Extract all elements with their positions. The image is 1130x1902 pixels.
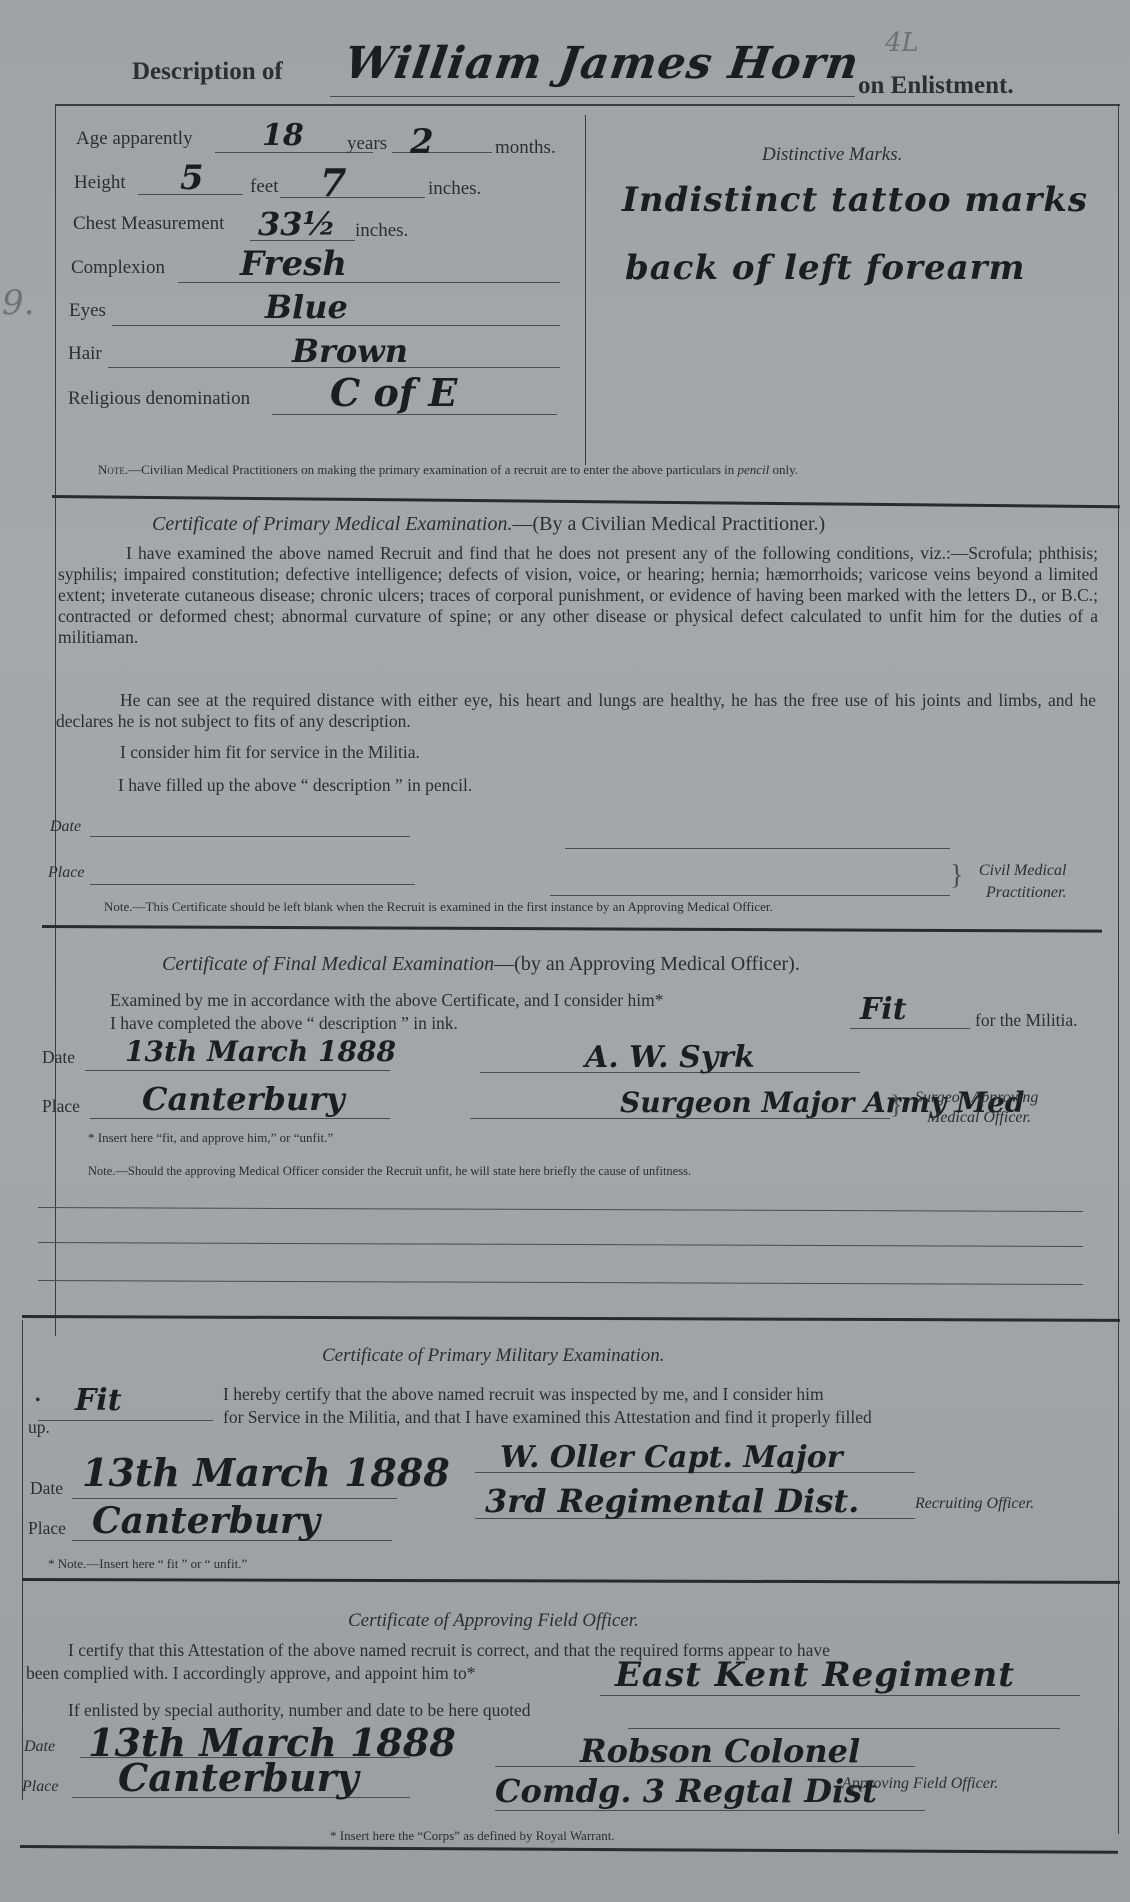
religion-value: C of E [330,370,457,415]
unfit-reason-line2[interactable] [38,1242,1083,1247]
number-annotation: 4L [885,28,919,58]
fm-line2: I have completed the above “ description… [110,1013,458,1034]
pmil-signer: Recruiting Officer. [915,1495,1034,1513]
primary-medical-title-italic: Certificate of Primary Medical Examinati… [152,513,513,535]
margin-mark: 9. [2,283,34,323]
fm-brace: } [890,1090,902,1120]
title-suffix: on Enlistment. [858,72,1014,100]
months-label: months. [495,137,556,159]
pmil-bullet: • [35,1392,41,1410]
distinctive-marks-title: Distinctive Marks. [762,144,902,166]
inches-label: inches. [428,178,481,200]
pm-place-field[interactable] [90,884,415,885]
fm-date-line [85,1070,390,1071]
pmil-date-label: Date [30,1478,63,1499]
fm-signer: Surgeon Approving Medical Officer. [915,1088,1038,1128]
distinctive-marks-line1: Indistinct tattoo marks [622,180,1088,220]
fm-footnote: * Insert here “fit, and approve him,” or… [88,1130,333,1146]
frame-right [1118,104,1119,1834]
fm-line1: Examined by me in accordance with the ab… [110,990,663,1011]
pmil-date-line [72,1498,397,1499]
pm-signer: Civil Medical Practitioner. [978,860,1066,904]
fm-signer-line1: Surgeon Approving [915,1088,1038,1108]
frame-left-lower [22,1320,23,1800]
pmil-fit-line [38,1420,213,1421]
pmil-text-line2: for Service in the Militia, and that I h… [223,1407,872,1428]
hair-value: Brown [292,332,408,370]
chest-value: 33½ [258,205,336,243]
primary-medical-para4: I have filled up the above “ description… [118,775,472,796]
fo-corps-value[interactable]: East Kent Regiment [615,1655,1015,1695]
fm-fit-line [850,1028,970,1029]
fo-place-label: Place [22,1778,58,1796]
pm-place-label: Place [48,864,84,882]
note-end: only. [773,462,799,477]
title-prefix: Description of [132,58,283,86]
primary-medical-para1: I have examined the above named Recruit … [58,543,1098,648]
frame-top [55,104,1120,106]
pm-date-field[interactable] [90,836,410,837]
fo-line2: been complied with. I accordingly approv… [26,1663,476,1684]
complexion-line [178,282,560,283]
primary-medical-title: Certificate of Primary Medical Examinati… [152,513,825,536]
name-underline [330,96,855,97]
fm-place-value[interactable]: Canterbury [142,1080,345,1118]
fo-corps-line [600,1695,1080,1696]
pmil-place-value[interactable]: Canterbury [92,1500,320,1542]
pm-note: Note.—This Certificate should be left bl… [104,899,773,915]
fm-date-value[interactable]: 13th March 1888 [125,1035,396,1068]
field-officer-title: Certificate of Approving Field Officer. [348,1610,639,1632]
eyes-label: Eyes [69,300,106,322]
recruit-name: William James Horn [341,38,862,89]
pmil-text-line1: I hereby certify that the above named re… [223,1384,824,1405]
attestation-form-page: Description of William James Horn 4L on … [0,0,1130,1902]
chest-label: Chest Measurement [73,213,224,235]
fo-footnote: * Insert here the “Corps” as defined by … [330,1828,615,1844]
final-medical-title-rest: —(by an Approving Medical Officer). [494,953,800,975]
unfit-reason-line1[interactable] [38,1207,1083,1212]
fm-place-label: Place [42,1096,80,1117]
fo-signature-unit: Comdg. 3 Regtal Dist [495,1772,877,1810]
note-prefix: Note. [98,462,128,477]
pmil-fit-value[interactable]: Fit [75,1383,122,1418]
pmil-signature: W. Oller Capt. Major [500,1440,843,1475]
pm-brace: } [950,860,963,892]
fo-signature: Robson Colonel [580,1732,860,1770]
pmil-text-line3: up. [28,1417,50,1438]
height-feet-value: 5 [180,158,204,198]
religion-label: Religious denomination [68,388,250,410]
chest-inches-label: inches. [355,220,408,242]
pm-signature-line1[interactable] [565,848,950,849]
complexion-value: Fresh [240,244,347,284]
pmil-place-label: Place [28,1518,66,1539]
fm-note: Note.—Should the approving Medical Offic… [88,1164,691,1179]
pm-signature-line2[interactable] [550,895,950,896]
primary-military-title: Certificate of Primary Military Examinat… [322,1345,664,1367]
section-divider-3 [22,1315,1120,1322]
section-divider-4 [22,1578,1120,1584]
age-years-value: 18 [262,118,304,153]
fm-place-line [90,1118,390,1119]
fo-date-label: Date [24,1738,55,1756]
fo-special-authority-field[interactable] [628,1728,1060,1729]
pm-signer-line2: Practitioner. [978,882,1066,904]
age-label: Age apparently [76,128,193,150]
fm-line1-end: for the Militia. [975,1010,1078,1031]
age-months-value: 2 [410,122,434,162]
pmil-date-value[interactable]: 13th March 1888 [82,1450,450,1495]
age-months-line [392,152,492,153]
fm-fit-value[interactable]: Fit [860,992,907,1027]
note-pencil: pencil [738,462,770,477]
primary-medical-para2: He can see at the required distance with… [56,690,1096,732]
primary-medical-title-rest: —(By a Civilian Medical Practitioner.) [513,513,826,535]
fm-signer-line2: Medical Officer. [915,1108,1038,1128]
fo-unit-line [495,1810,925,1811]
pm-date-label: Date [50,818,81,836]
fo-line3: If enlisted by special authority, number… [68,1700,530,1721]
distinctive-marks-line2: back of left forearm [625,248,1026,288]
note-text: —Civilian Medical Practitioners on makin… [128,462,734,477]
pm-signer-line1: Civil Medical [978,860,1066,882]
complexion-label: Complexion [71,257,165,279]
hair-label: Hair [68,343,102,365]
fm-date-label: Date [42,1047,75,1068]
feet-label: feet [250,176,278,198]
height-inches-value: 7 [320,160,346,205]
fo-place-value[interactable]: Canterbury [118,1755,359,1800]
height-label: Height [74,172,126,194]
section-divider-2 [42,925,1102,933]
final-medical-title: Certificate of Final Medical Examination… [162,953,800,976]
section-divider-1 [52,495,1120,508]
primary-medical-para3: I consider him fit for service in the Mi… [120,742,420,763]
marks-divider [585,115,586,465]
frame-bottom [20,1845,1118,1854]
final-medical-title-italic: Certificate of Final Medical Examination [162,953,494,975]
unfit-reason-line3[interactable] [38,1280,1083,1285]
years-label: years [347,133,387,155]
eyes-value: Blue [265,288,348,326]
pmil-note: * Note.—Insert here “ fit ” or “ unfit.” [48,1556,247,1572]
fo-signer: Approving Field Officer. [842,1775,998,1793]
fm-signature: A. W. Syrk [585,1040,755,1075]
description-note: Note.—Civilian Medical Practitioners on … [98,462,1078,478]
pmil-signature-unit: 3rd Regimental Dist. [485,1482,859,1520]
height-inches-line [280,197,425,198]
